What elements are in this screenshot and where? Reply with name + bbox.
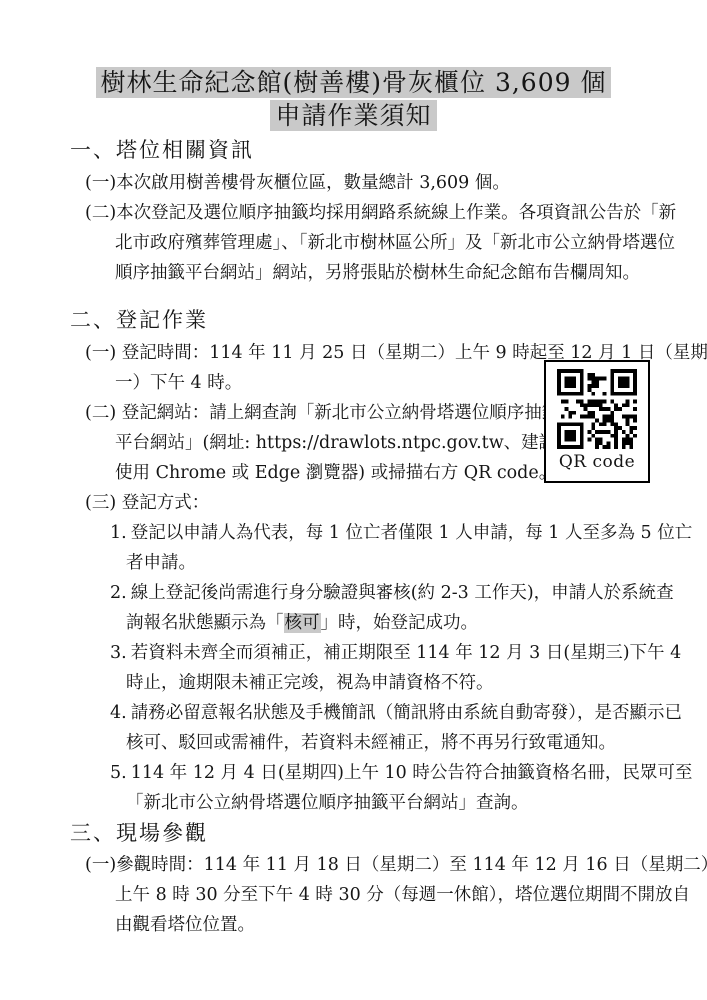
s2-numbered-5-line-1: 5.114 年 12 月 4 日(星期四)上午 10 時公告符合抽籤資格名冊，民… <box>110 758 707 788</box>
title-line-1: 樹林生命紀念館(樹善樓)骨灰櫃位 3,609 個 <box>96 67 612 98</box>
s2-numbered-3-text: 若資料未齊全而須補正，補正期限至 114 年 12 月 3 日(星期三)下午 4 <box>131 643 682 663</box>
s3-item-1-line-2: 上午 8 時 30 分至下午 4 時 30 分（每週一休館），塔位選位期間不開放… <box>115 880 707 910</box>
qr-code-box: QR code <box>544 360 650 483</box>
list-marker-3: 3. <box>110 638 127 668</box>
s2-numbered-1-line-1: 1.登記以申請人為代表，每 1 位亡者僅限 1 人申請，每 1 人至多為 5 位… <box>110 518 707 548</box>
section-2-heading: 二、登記作業 <box>70 305 707 335</box>
qr-code-image <box>557 369 637 449</box>
s2-numbered-4-line-1: 4.請務必留意報名狀態及手機簡訊（簡訊將由系統自動寄發），是否顯示已 <box>110 698 707 728</box>
s2-numbered-4-text: 請務必留意報名狀態及手機簡訊（簡訊將由系統自動寄發），是否顯示已 <box>131 703 682 723</box>
list-marker-4: 4. <box>110 698 127 728</box>
s2-numbered-5-line-2: 「新北市公立納骨塔選位順序抽籤平台網站」查詢。 <box>126 788 707 818</box>
s2-numbered-5-text: 114 年 12 月 4 日(星期四)上午 10 時公告符合抽籤資格名冊，民眾可… <box>131 763 693 783</box>
title-row-2: 申請作業須知 <box>0 99 707 132</box>
s2-numbered-3-line-1: 3.若資料未齊全而須補正，補正期限至 114 年 12 月 3 日(星期三)下午… <box>110 638 707 668</box>
document-title: 樹林生命紀念館(樹善樓)骨灰櫃位 3,609 個 申請作業須知 <box>0 0 707 132</box>
qr-code-label: QR code <box>559 449 635 475</box>
s2-numbered-2-text: 線上登記後尚需進行身分驗證與審核(約 2-3 工作天)，申請人於系統查 <box>131 583 674 603</box>
s2-numbered-4-line-2: 核可、駁回或需補件，若資料未經補正，將不再另行致電通知。 <box>126 728 707 758</box>
s1-item-2-line-3: 順序抽籤平台網站」網站，另將張貼於樹林生命紀念館布告欄周知。 <box>115 258 707 288</box>
s1-item-2-line-2: 北市政府殯葬管理處」、「新北市樹林區公所」及「新北市公立納骨塔選位 <box>115 228 707 258</box>
s2-numbered-1-line-2: 者申請。 <box>126 548 707 578</box>
s2-numbered-2-line-2-pre: 詢報名狀態顯示為「 <box>126 613 284 633</box>
list-marker-1: 1. <box>110 518 127 548</box>
s2-numbered-1-text: 登記以申請人為代表，每 1 位亡者僅限 1 人申請，每 1 人至多為 5 位亡 <box>131 523 693 543</box>
s2-numbered-2-line-1: 2.線上登記後尚需進行身分驗證與審核(約 2-3 工作天)，申請人於系統查 <box>110 578 707 608</box>
s1-item-2-line-1: (二)本次登記及選位順序抽籤均採用網路系統線上作業。各項資訊公告於「新 <box>85 198 707 228</box>
s1-item-1-line-1: (一)本次啟用樹善樓骨灰櫃位區，數量總計 3,609 個。 <box>85 168 707 198</box>
list-marker-5: 5. <box>110 758 127 788</box>
title-line-2: 申請作業須知 <box>270 100 436 131</box>
section-1-heading: 一、塔位相關資訊 <box>70 135 707 165</box>
document-page: 樹林生命紀念館(樹善樓)骨灰櫃位 3,609 個 申請作業須知 一、塔位相關資訊… <box>0 0 707 1000</box>
s2-numbered-3-line-2: 時止，逾期限未補正完竣，視為申請資格不符。 <box>126 668 707 698</box>
s3-item-1-line-3: 由觀看塔位位置。 <box>115 910 707 940</box>
section-3-heading: 三、現場參觀 <box>70 818 707 848</box>
s2-numbered-2-line-2-post: 」時，始登記成功。 <box>321 613 479 633</box>
s2-numbered-2-line-2: 詢報名狀態顯示為「核可」時，始登記成功。 <box>126 608 707 638</box>
approved-status-highlight: 核可 <box>284 613 321 633</box>
s2-item-3-line-1: (三) 登記方式： <box>85 488 707 518</box>
s3-item-1-line-1: (一)參觀時間：114 年 11 月 18 日（星期二）至 114 年 12 月… <box>85 850 707 880</box>
list-marker-2: 2. <box>110 578 127 608</box>
title-row-1: 樹林生命紀念館(樹善樓)骨灰櫃位 3,609 個 <box>0 66 707 99</box>
